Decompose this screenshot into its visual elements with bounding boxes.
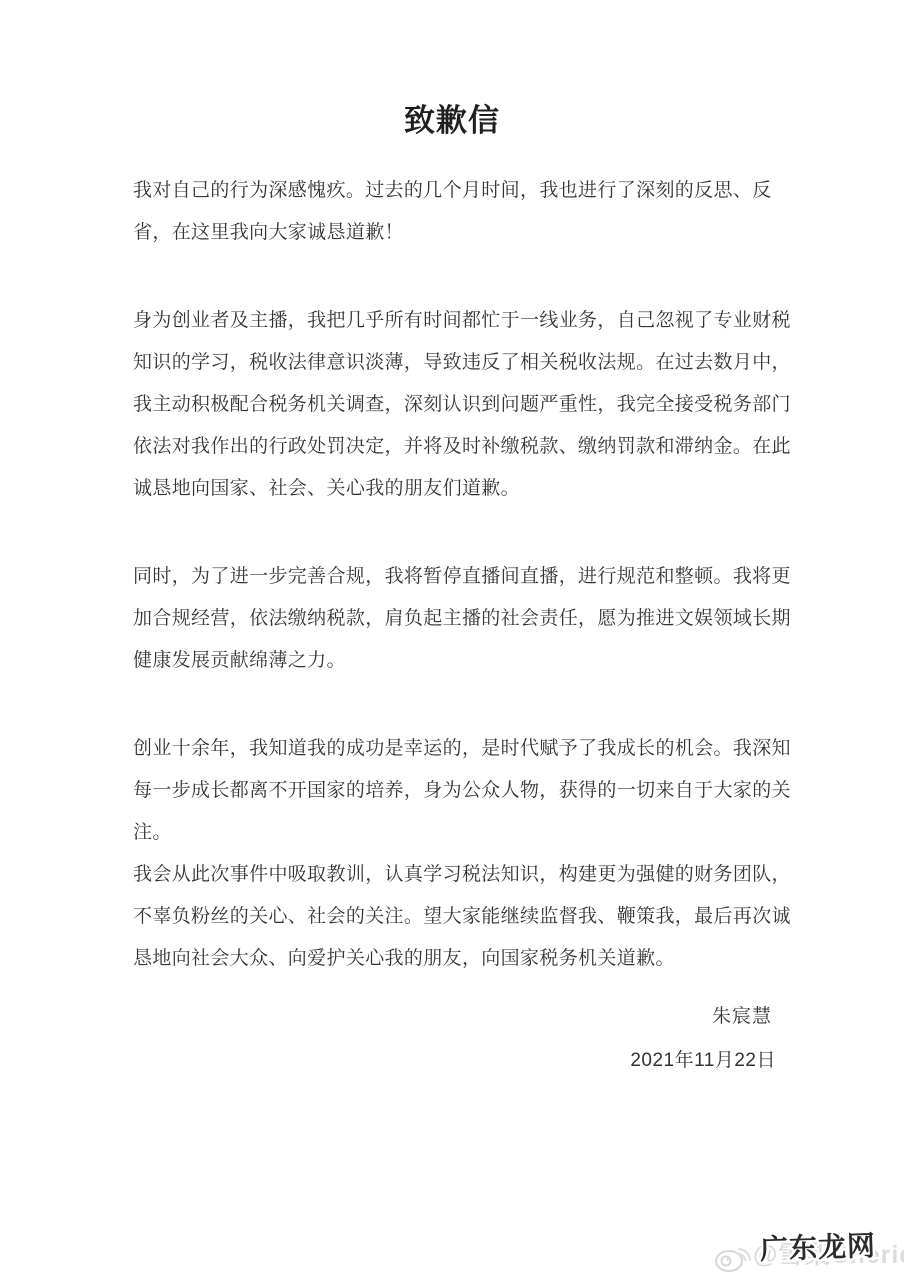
letter-line: 知识的学习，税收法律意识淡薄，导致违反了相关税收法规。在过去数月中， <box>133 342 778 384</box>
letter-line: 创业十余年，我知道我的成功是幸运的，是时代赋予了我成长的机会。我深知 <box>133 728 778 770</box>
letter-line: 我对自己的行为深感愧疚。过去的几个月时间，我也进行了深刻的反思、反 <box>133 170 778 212</box>
letter-line: 依法对我作出的行政处罚决定，并将及时补缴税款、缴纳罚款和滞纳金。在此 <box>133 426 778 468</box>
letter-date: 2021年11月22日 <box>133 1038 778 1084</box>
letter-line: 健康发展贡献绵薄之力。 <box>133 640 778 682</box>
paragraph-1: 我对自己的行为深感愧疚。过去的几个月时间，我也进行了深刻的反思、反 省，在这里我… <box>133 170 778 254</box>
letter-line: 加合规经营，依法缴纳税款，肩负起主播的社会责任，愿为推进文娱领域长期 <box>133 598 778 640</box>
letter-line: 每一步成长都离不开国家的培养，身为公众人物，获得的一切来自于大家的关 <box>133 770 778 812</box>
letter-line: 同时，为了进一步完善合规，我将暂停直播间直播，进行规范和整顿。我将更 <box>133 556 778 598</box>
letter-line: 注。 <box>133 812 778 854</box>
site-logo-watermark: 广东龙网 <box>759 1226 876 1270</box>
letter-line: 我主动积极配合税务机关调查，深刻认识到问题严重性，我完全接受税务部门 <box>133 384 778 426</box>
letter-title: 致歉信 <box>0 100 904 142</box>
letter-line: 省，在这里我向大家诚恳道歉！ <box>133 212 778 254</box>
letter-line: 不辜负粉丝的关心、社会的关注。望大家能继续监督我、鞭策我，最后再次诚 <box>133 896 778 938</box>
signature-block: 朱宸慧 2021年11月22日 <box>133 996 778 1084</box>
letter-line: 恳地向社会大众、向爱护关心我的朋友，向国家税务机关道歉。 <box>133 938 778 980</box>
letter-line: 我会从此次事件中吸取教训，认真学习税法知识，构建更为强健的财务团队， <box>133 854 778 896</box>
paragraph-3: 同时，为了进一步完善合规，我将暂停直播间直播，进行规范和整顿。我将更 加合规经营… <box>133 556 778 682</box>
letter-body: 我对自己的行为深感愧疚。过去的几个月时间，我也进行了深刻的反思、反 省，在这里我… <box>133 170 778 1084</box>
letter-line: 身为创业者及主播，我把几乎所有时间都忙于一线业务，自己忽视了专业财税 <box>133 300 778 342</box>
signature-name: 朱宸慧 <box>133 996 778 1038</box>
paragraph-5: 我会从此次事件中吸取教训，认真学习税法知识，构建更为强健的财务团队， 不辜负粉丝… <box>133 854 778 980</box>
apology-letter-page: 致歉信 我对自己的行为深感愧疚。过去的几个月时间，我也进行了深刻的反思、反 省，… <box>0 0 904 1280</box>
weibo-eye-icon <box>714 1240 754 1274</box>
paragraph-2: 身为创业者及主播，我把几乎所有时间都忙于一线业务，自己忽视了专业财税 知识的学习… <box>133 300 778 510</box>
paragraph-4: 创业十余年，我知道我的成功是幸运的，是时代赋予了我成长的机会。我深知 每一步成长… <box>133 728 778 854</box>
letter-line: 诚恳地向国家、社会、关心我的朋友们道歉。 <box>133 468 778 510</box>
